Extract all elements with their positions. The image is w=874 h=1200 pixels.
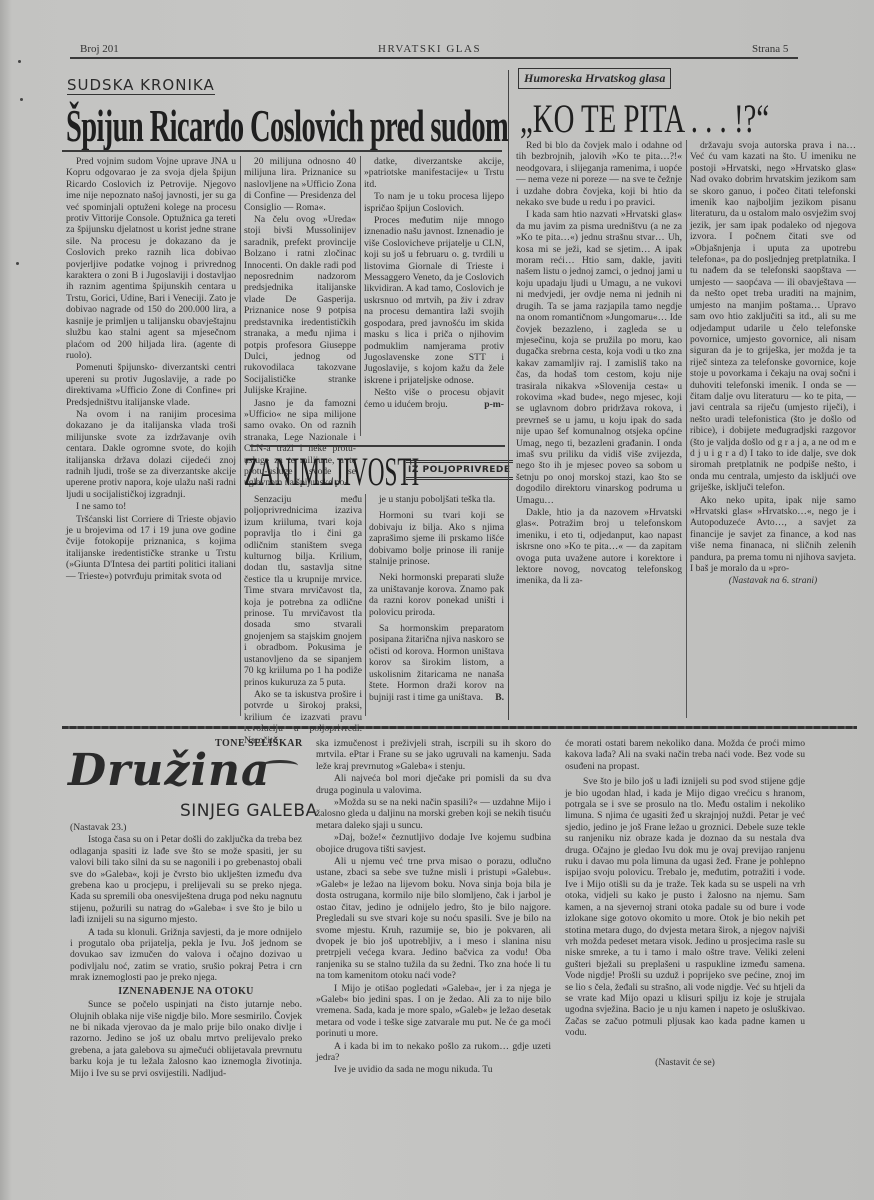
section-kicker: SUDSKA KRONIKA: [67, 76, 215, 95]
court-headline: Špijun Ricardo Coslovich pred sudom: [66, 99, 508, 152]
court-column-3: datke, diverzantske akcije, »patriotske …: [364, 156, 504, 410]
court-column-1: Pred vojnim sudom Vojne uprave JNA u Kop…: [66, 156, 236, 582]
curiosities-tag: IZ POLJOPRIVREDE: [406, 460, 513, 480]
humor-column-1: Red bi blo da čovjek malo i odahne od ti…: [516, 140, 682, 587]
column-divider: [240, 156, 241, 716]
serial-subhead: IZNENAĐENJE NA OTOKU: [70, 986, 302, 997]
margin-mark: [20, 98, 23, 101]
margin-mark: [18, 60, 21, 63]
issue-number: Broj 201: [80, 43, 119, 55]
ornament-icon: [262, 760, 298, 771]
installment-number: (Nastavak 23.): [70, 822, 302, 833]
court-column-2: 20 milijuna odnosno 40 milijuna lira. Pr…: [244, 156, 356, 489]
humor-column-2: državaju svoja autorska prava i na… Već …: [690, 140, 856, 587]
serial-column-1: (Nastavak 23.) Istoga časa su on i Petar…: [70, 822, 302, 1079]
header-rule: [70, 57, 798, 59]
humor-headline: „KO TE PITA . . . !?“: [520, 95, 769, 142]
margin-mark: [16, 262, 19, 265]
newspaper-page: Broj 201 HRVATSKI GLAS Strana 5 SUDSKA K…: [0, 0, 874, 1200]
column-divider: [686, 140, 687, 718]
column-divider: [360, 156, 361, 436]
curiosities-headline: ZANIMLJIVOSTI: [244, 448, 419, 495]
humor-label: Humoreska Hrvatskog glasa: [518, 68, 671, 89]
paper-title: HRVATSKI GLAS: [378, 43, 481, 55]
continued-note: (Nastavak na 6. strani): [690, 575, 856, 586]
curiosities-column-2: je u stanju poboljšati teška tla. Hormon…: [369, 494, 504, 703]
column-divider: [365, 494, 366, 716]
curiosities-signature: B.: [485, 692, 504, 703]
page-number: Strana 5: [752, 43, 788, 55]
headline-rule: [62, 150, 502, 152]
section-rule: [250, 445, 505, 447]
curiosities-column-1: Senzaciju među poljoprivrednicima izaziv…: [244, 494, 362, 746]
page-divider: [508, 70, 509, 720]
court-signature: p-m-: [474, 399, 504, 410]
continued-note: (Nastavit će se): [565, 1057, 805, 1068]
serial-subtitle: SINJEG GALEBA: [180, 801, 318, 821]
serial-title: Družina: [68, 745, 271, 796]
section-divider: [62, 726, 857, 729]
serial-column-2: ska izmučenost i preživjeli strah, iscrp…: [316, 738, 551, 1076]
serial-column-3: će morati ostati barem nekoliko dana. Mo…: [565, 738, 805, 1068]
